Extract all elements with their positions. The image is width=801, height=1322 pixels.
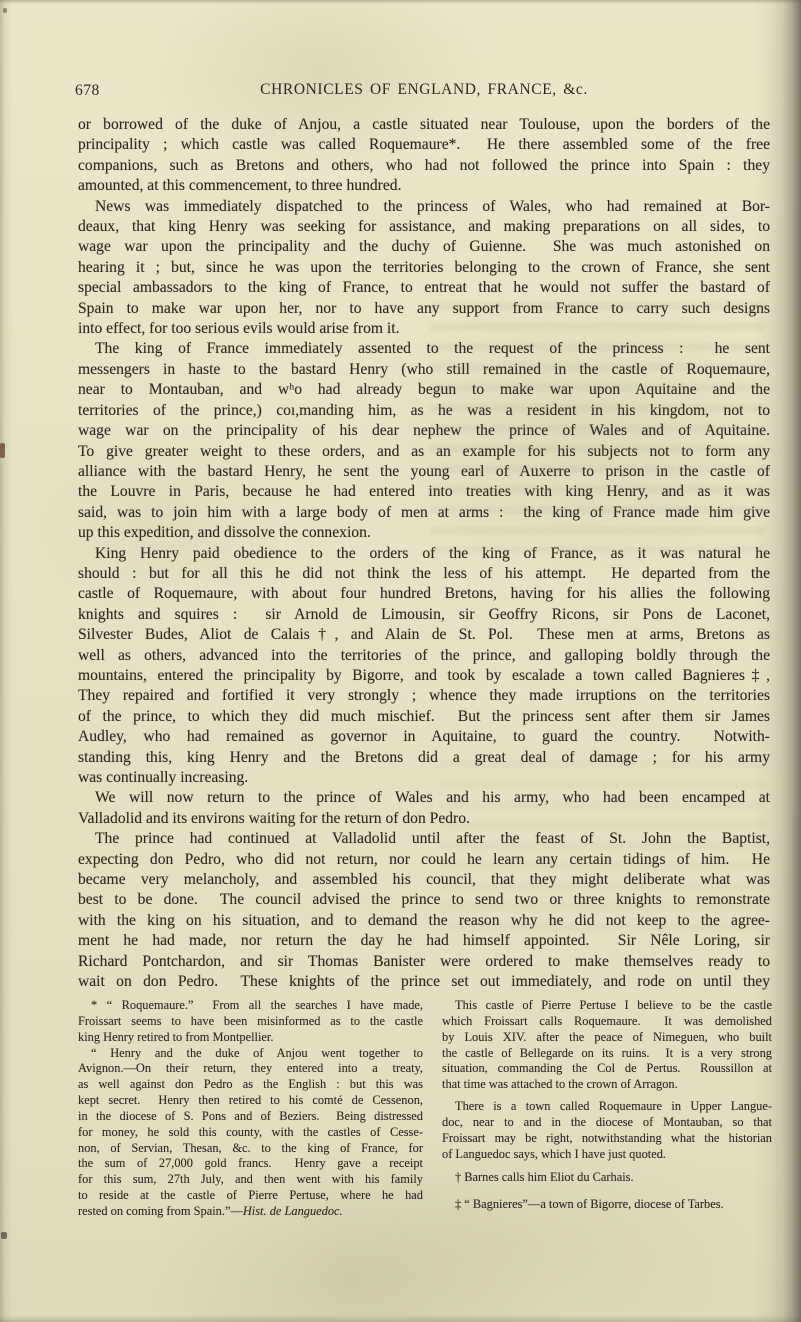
- text-line: The prince had continued at Valladolid u…: [78, 829, 770, 849]
- text-line: Richard Pontchardon, and sir Thomas Bani…: [78, 952, 770, 972]
- text-line: amounted, at this commencement, to three…: [78, 176, 770, 196]
- footnote-line: for money, he sold this county, with the…: [78, 1125, 423, 1141]
- book-page-scan: { "page": { "number": "678", "title": "C…: [0, 0, 801, 1322]
- page-header: 678 CHRONICLES OF ENGLAND, FRANCE, &c.: [78, 81, 770, 101]
- text-line: into effect, for too serious evils would…: [78, 319, 770, 339]
- text-line: Spain to make war upon her, nor to have …: [78, 299, 770, 319]
- footnote-text: rested on coming from Spain.”—: [78, 1204, 243, 1218]
- text-line: News was immediately dispatched to the p…: [78, 197, 770, 217]
- text-line: standing this, king Henry and the Breton…: [78, 748, 770, 768]
- text-line: messengers in haste to the bastard Henry…: [78, 360, 770, 380]
- main-text: or borrowed of the duke of Anjou, a cast…: [78, 115, 770, 992]
- paper-stain: [0, 443, 5, 458]
- footnote-line: ‡ “ Bagnieres”—a town of Bigorre, dioces…: [442, 1197, 772, 1213]
- footnote-line: doc, near to and in the diocese of Monta…: [442, 1115, 772, 1131]
- text-line: said, was to join him with a large body …: [78, 503, 770, 523]
- text-line: companions, such as Bretons and others, …: [78, 156, 770, 176]
- footnote-line: “ Henry and the duke of Anjou went toget…: [78, 1046, 423, 1062]
- text-line: hearing it ; but, since he was upon the …: [78, 258, 770, 278]
- paper-stain: [3, 8, 7, 13]
- text-line: wait on don Pedro. These knights of the …: [78, 972, 770, 992]
- text-line: near to Montauban, and wʰo had already b…: [78, 380, 770, 400]
- text-line: To give greater weight to these orders, …: [78, 442, 770, 462]
- text-line: territories of the prince,) coı,manding …: [78, 401, 770, 421]
- text-line: was continually increasing.: [78, 768, 770, 788]
- text-line: expecting don Pedro, who did not return,…: [78, 850, 770, 870]
- footnote-line: † Barnes calls him Eliot du Carhais.: [442, 1170, 772, 1186]
- footnote-line: that time was attached to the crown of A…: [442, 1077, 772, 1093]
- text-line: of the prince, to which they did much mi…: [78, 707, 770, 727]
- text-line: Valladolid and its environs waiting for …: [78, 809, 770, 829]
- text-line: principality ; which castle was called R…: [78, 135, 770, 155]
- text-line: became very melancholy, and assembled hi…: [78, 870, 770, 890]
- text-line: the Louvre in Paris, because he had ente…: [78, 482, 770, 502]
- text-line: well as others, advanced into the territ…: [78, 646, 770, 666]
- footnote-line: by Louis XIV. after the peace of Nimegue…: [442, 1030, 772, 1046]
- footnote-line: of Languedoc says, which I have just quo…: [442, 1147, 772, 1163]
- footnote-column-left: * “ Roquemaure.” From all the searches I…: [78, 998, 423, 1220]
- footnote-line: situation, commanding the Col de Pertus.…: [442, 1061, 772, 1077]
- footnote-line: as well against don Pedro as the English…: [78, 1077, 423, 1093]
- paper-stain: [1, 1232, 7, 1239]
- footnote-line: There is a town called Roquemaure in Upp…: [442, 1099, 772, 1115]
- text-line: knights and squires : sir Arnold de Limo…: [78, 605, 770, 625]
- footnote-line: the sum of 27,000 gold francs. Henry gav…: [78, 1156, 423, 1172]
- footnote-line: to reside at the castle of Pierre Pertus…: [78, 1188, 423, 1204]
- citation-italic: Hist. de Languedoc.: [243, 1204, 343, 1218]
- text-line: should : but for all this he did not thi…: [78, 564, 770, 584]
- footnote-line: which Froissart calls Roquemaure. It was…: [442, 1014, 772, 1030]
- running-title: CHRONICLES OF ENGLAND, FRANCE, &c.: [78, 81, 770, 99]
- text-line: mountains, entered the principality by B…: [78, 666, 770, 686]
- footnote-line: non, of Servian, Thesan, &c. to the king…: [78, 1141, 423, 1157]
- footnote-line: king Henry retired to from Montpellier.: [78, 1030, 423, 1046]
- text-line: The king of France immediately assented …: [78, 339, 770, 359]
- footnote-line: Froissart may be right, notwithstanding …: [442, 1131, 772, 1147]
- footnote-line: Froissart seems to have been misinformed…: [78, 1014, 423, 1030]
- text-line: Silvester Budes, Aliot de Calais†, and A…: [78, 625, 770, 645]
- text-line: deaux, that king Henry was seeking for a…: [78, 217, 770, 237]
- text-line: special ambassadors to the king of Franc…: [78, 278, 770, 298]
- footnote-line: the castle of Bellegarde on its ruins. I…: [442, 1046, 772, 1062]
- text-line: ment he had made, nor return the day he …: [78, 931, 770, 951]
- text-line: Audley, who had remained as governor in …: [78, 727, 770, 747]
- footnote-column-right: This castle of Pierre Pertuse I believe …: [442, 998, 772, 1220]
- text-line: wage war on the principality of his dear…: [78, 421, 770, 441]
- footnote-line: in the diocese of S. Pons and of Beziers…: [78, 1109, 423, 1125]
- footnote-line-citation: rested on coming from Spain.”—Hist. de L…: [78, 1204, 423, 1220]
- text-line: castle of Roquemaure, with about four hu…: [78, 584, 770, 604]
- page-number: 678: [75, 82, 100, 100]
- footnote-line: Avignon.—On their return, they entered i…: [78, 1061, 423, 1077]
- text-line: wage war upon the principality and the d…: [78, 237, 770, 257]
- text-line: best to be done. The council advised the…: [78, 890, 770, 910]
- text-line: We will now return to the prince of Wale…: [78, 788, 770, 808]
- footnotes: * “ Roquemaure.” From all the searches I…: [78, 998, 772, 1220]
- text-line: with the king on his situation, and to d…: [78, 911, 770, 931]
- text-line: or borrowed of the duke of Anjou, a cast…: [78, 115, 770, 135]
- text-line: alliance with the bastard Henry, he sent…: [78, 462, 770, 482]
- text-line: up this expedition, and dissolve the con…: [78, 523, 770, 543]
- footnote-line: kept secret. Henry then retired to his c…: [78, 1093, 423, 1109]
- text-line: They repaired and fortified it very stro…: [78, 686, 770, 706]
- text-line: King Henry paid obedience to the orders …: [78, 544, 770, 564]
- footnote-line: for this sum, 27th July, and then went w…: [78, 1172, 423, 1188]
- footnote-line: This castle of Pierre Pertuse I believe …: [442, 998, 772, 1014]
- footnote-line: * “ Roquemaure.” From all the searches I…: [78, 998, 423, 1014]
